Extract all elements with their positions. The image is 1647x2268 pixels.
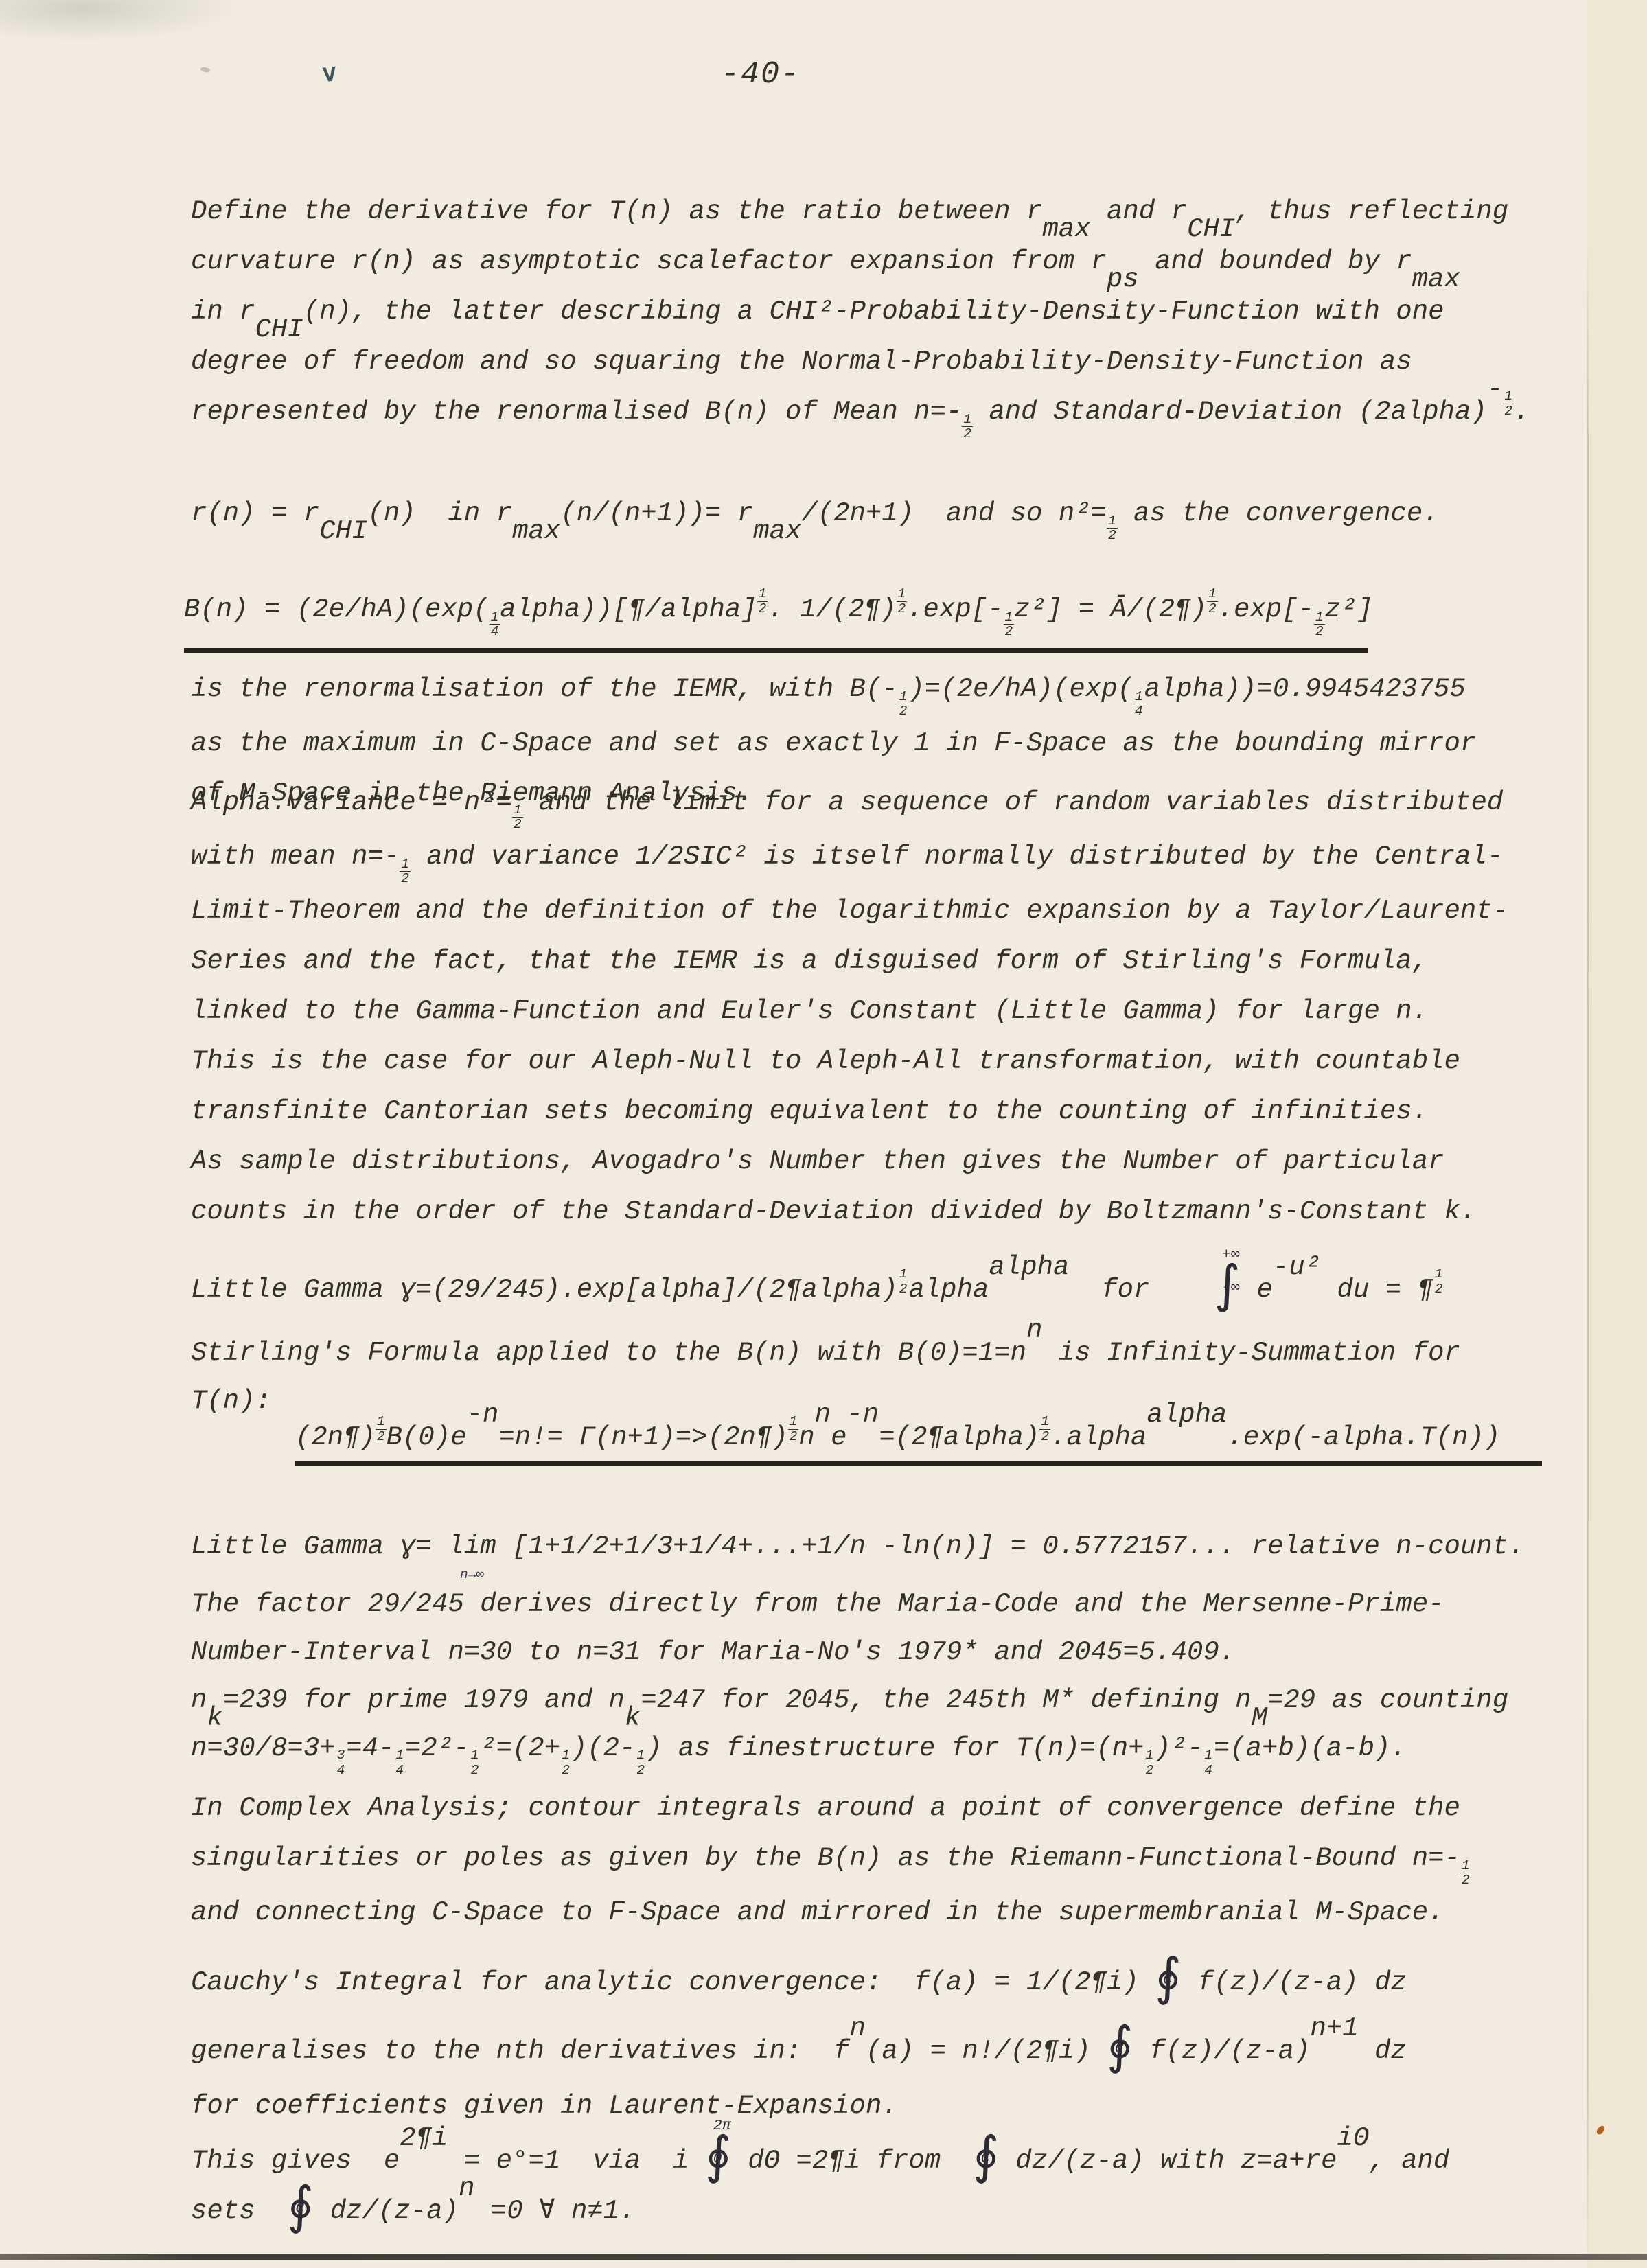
text-line: degree of freedom and so squaring the No… [191, 337, 1530, 387]
text-line: linked to the Gamma-Function and Euler's… [191, 986, 1508, 1037]
text-line: n=30/8=3+34=4-14=2²-12²=(2+12)(2-12) as … [191, 1724, 1525, 1778]
paragraph-complex-analysis: In Complex Analysis; contour integrals a… [191, 1783, 1471, 1938]
text-line: Define the derivative for T(n) as the ra… [191, 187, 1530, 237]
formula-underline-tn [295, 1461, 1542, 1466]
text-line: as the maximum in C-Space and set as exa… [191, 719, 1476, 769]
text-line: represented by the renormalised B(n) of … [191, 387, 1530, 441]
text-line: transfinite Cantorian sets becoming equi… [191, 1087, 1508, 1137]
text-line: Alpha.Variance = n²=12 and the limit for… [191, 778, 1508, 832]
text-line: The factor 29/245 derives directly from … [191, 1580, 1525, 1628]
text-line: T(n): [191, 1376, 271, 1426]
text-line: curvature r(n) as asymptotic scalefactor… [191, 237, 1530, 287]
paragraph-derivative: Define the derivative for T(n) as the ra… [191, 187, 1530, 441]
text-line: Series and the fact, that the IEMR is a … [191, 936, 1508, 986]
text-line: for coefficients given in Laurent-Expans… [191, 2081, 898, 2131]
text-line: singularities or poles as given by the B… [191, 1833, 1471, 1888]
line-laurent-expansion: for coefficients given in Laurent-Expans… [191, 2081, 898, 2131]
scan-bottom-edge [0, 2254, 1647, 2260]
text-line: Cauchy's Integral for analytic convergen… [191, 1958, 1407, 2008]
formula-underline-bn [184, 648, 1368, 653]
text-line: is the renormalisation of the IEMR, with… [191, 664, 1476, 719]
formula-bn-renormalisation: B(n) = (2e/hA)(exp(14alpha))[¶/alpha]12.… [184, 585, 1373, 639]
page-number: -40- [721, 59, 801, 90]
scanned-document-page: -40- Define the derivative for T(n) as t… [0, 0, 1647, 2268]
text-line: Little Gamma ɣ= limn→∞ [1+1/2+1/3+1/4+..… [191, 1523, 1525, 1580]
line-stirling-formula: Stirling's Formula applied to the B(n) w… [191, 1328, 1460, 1378]
paragraph-alpha-variance: Alpha.Variance = n²=12 and the limit for… [191, 778, 1508, 1237]
line-tn-label: T(n): [191, 1376, 271, 1426]
text-line: Little Gamma ɣ=(29/245).exp[alpha]/(2¶al… [191, 1265, 1444, 1315]
text-line: As sample distributions, Avogadro's Numb… [191, 1137, 1508, 1187]
text-line: sets ∮C dz/(z-a)n =0 ∀ n≠1. [191, 2186, 636, 2236]
text-line: Stirling's Formula applied to the B(n) w… [191, 1328, 1460, 1378]
text-line: generalises to the nth derivatives in: f… [191, 2026, 1407, 2076]
text-line: In Complex Analysis; contour integrals a… [191, 1783, 1471, 1833]
text-line: r(n) = rCHI(n) in rmax(n/(n+1))= rmax/(2… [191, 489, 1439, 543]
scan-crease-line [1587, 247, 1589, 2268]
line-euler-identity: This gives e2¶i = e°=1 via i 2π∮0 dΘ =2¶… [191, 2136, 1449, 2186]
text-line: nk=239 for prime 1979 and nk=247 for 204… [191, 1676, 1525, 1724]
text-line: (2n¶)12B(0)e-n=n!= Γ(n+1)=>(2n¶)12nne-n=… [295, 1413, 1500, 1463]
text-line: and connecting C-Space to F-Space and mi… [191, 1888, 1471, 1938]
paragraph-euler-constant: Little Gamma ɣ= limn→∞ [1+1/2+1/3+1/4+..… [191, 1523, 1525, 1777]
text-line: with mean n=-12 and variance 1/2SIC² is … [191, 832, 1508, 886]
text-line: B(n) = (2e/hA)(exp(14alpha))[¶/alpha]12.… [184, 585, 1373, 639]
line-nth-derivatives: generalises to the nth derivatives in: f… [191, 2026, 1407, 2076]
text-line: Number-Interval n=30 to n=31 for Maria-N… [191, 1628, 1525, 1676]
text-line: counts in the order of the Standard-Devi… [191, 1187, 1508, 1237]
pen-check-mark: v [321, 59, 338, 91]
line-cauchy-integral: Cauchy's Integral for analytic convergen… [191, 1958, 1407, 2008]
text-line: This is the case for our Aleph-Null to A… [191, 1037, 1508, 1087]
line-sets-zero: sets ∮C dz/(z-a)n =0 ∀ n≠1. [191, 2186, 636, 2236]
scan-speck [200, 67, 210, 73]
line-rn-convergence: r(n) = rCHI(n) in rmax(n/(n+1))= rmax/(2… [191, 489, 1439, 543]
line-little-gamma-integral: Little Gamma ɣ=(29/245).exp[alpha]/(2¶al… [191, 1265, 1444, 1315]
text-line: Limit-Theorem and the definition of the … [191, 886, 1508, 936]
scan-fleck [1596, 2125, 1606, 2136]
formula-tn-stirling: (2n¶)12B(0)e-n=n!= Γ(n+1)=>(2n¶)12nne-n=… [295, 1413, 1500, 1463]
text-line: in rCHI(n), the latter describing a CHI²… [191, 287, 1530, 337]
text-line: This gives e2¶i = e°=1 via i 2π∮0 dΘ =2¶… [191, 2136, 1449, 2186]
